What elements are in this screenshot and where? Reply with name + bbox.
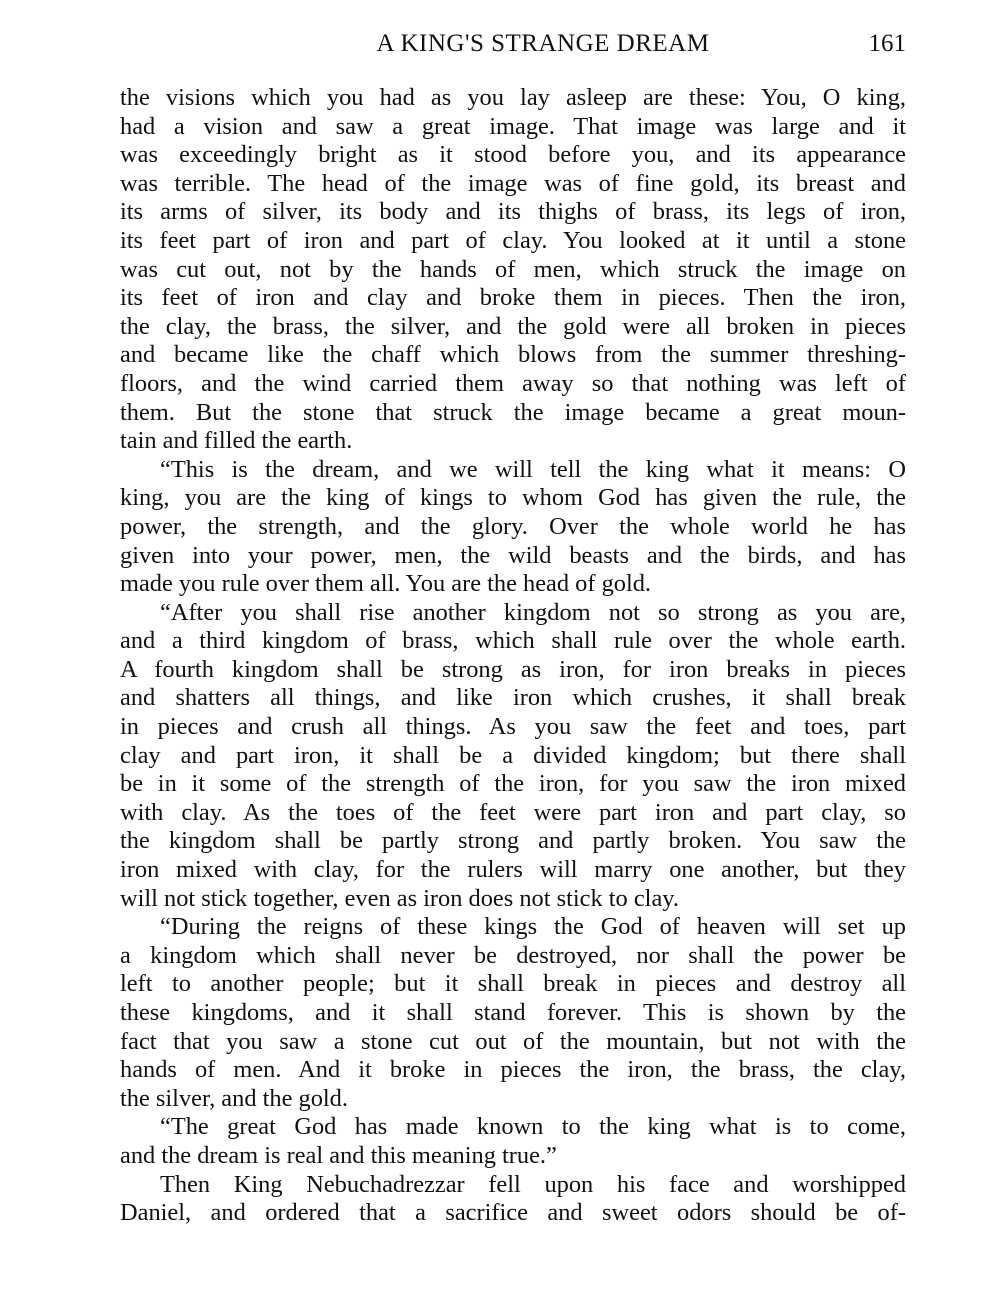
text-line: its feet part of iron and part of clay. … — [120, 227, 906, 256]
text-line: them. But the stone that struck the imag… — [120, 399, 906, 428]
text-line: king, you are the king of kings to whom … — [120, 484, 906, 513]
text-line: Daniel, and ordered that a sacrifice and… — [120, 1199, 906, 1228]
text-line: left to another people; but it shall bre… — [120, 970, 906, 999]
body-text: the visions which you had as you lay asl… — [120, 84, 906, 1228]
text-line: a kingdom which shall never be destroyed… — [120, 942, 906, 971]
text-line: was terrible. The head of the image was … — [120, 170, 906, 199]
text-line: these kingdoms, and it shall stand forev… — [120, 999, 906, 1028]
text-line: in pieces and crush all things. As you s… — [120, 713, 906, 742]
paragraph-first-line: “During the reigns of these kings the Go… — [120, 913, 906, 942]
text-line: clay and part iron, it shall be a divide… — [120, 742, 906, 771]
text-line: and became like the chaff which blows fr… — [120, 341, 906, 370]
text-line: A fourth kingdom shall be strong as iron… — [120, 656, 906, 685]
page-number: 161 — [869, 30, 907, 58]
text-line: the clay, the brass, the silver, and the… — [120, 313, 906, 342]
running-title: A KING'S STRANGE DREAM — [120, 30, 906, 58]
text-line: and a third kingdom of brass, which shal… — [120, 627, 906, 656]
text-line: made you rule over them all. You are the… — [120, 570, 906, 599]
text-line: had a vision and saw a great image. That… — [120, 113, 906, 142]
text-line: was cut out, not by the hands of men, wh… — [120, 256, 906, 285]
paragraph-first-line: “This is the dream, and we will tell the… — [120, 456, 906, 485]
text-line: floors, and the wind carried them away s… — [120, 370, 906, 399]
book-page: A KING'S STRANGE DREAM 161 the visions w… — [0, 0, 1000, 1306]
paragraph-first-line: Then King Nebuchadrezzar fell upon his f… — [120, 1171, 906, 1200]
text-line: was exceedingly bright as it stood befor… — [120, 141, 906, 170]
running-head: A KING'S STRANGE DREAM 161 — [120, 30, 906, 64]
text-line: will not stick together, even as iron do… — [120, 885, 906, 914]
text-line: tain and filled the earth. — [120, 427, 906, 456]
text-line: power, the strength, and the glory. Over… — [120, 513, 906, 542]
text-line: hands of men. And it broke in pieces the… — [120, 1056, 906, 1085]
text-line: its feet of iron and clay and broke them… — [120, 284, 906, 313]
text-line: the visions which you had as you lay asl… — [120, 84, 906, 113]
text-line: iron mixed with clay, for the rulers wil… — [120, 856, 906, 885]
text-line: with clay. As the toes of the feet were … — [120, 799, 906, 828]
text-line: fact that you saw a stone cut out of the… — [120, 1028, 906, 1057]
text-line: and shatters all things, and like iron w… — [120, 684, 906, 713]
text-line: the kingdom shall be partly strong and p… — [120, 827, 906, 856]
text-line: and the dream is real and this meaning t… — [120, 1142, 906, 1171]
text-line: given into your power, men, the wild bea… — [120, 542, 906, 571]
text-line: be in it some of the strength of the iro… — [120, 770, 906, 799]
paragraph-first-line: “After you shall rise another kingdom no… — [120, 599, 906, 628]
text-line: its arms of silver, its body and its thi… — [120, 198, 906, 227]
text-line: the silver, and the gold. — [120, 1085, 906, 1114]
paragraph-first-line: “The great God has made known to the kin… — [120, 1113, 906, 1142]
